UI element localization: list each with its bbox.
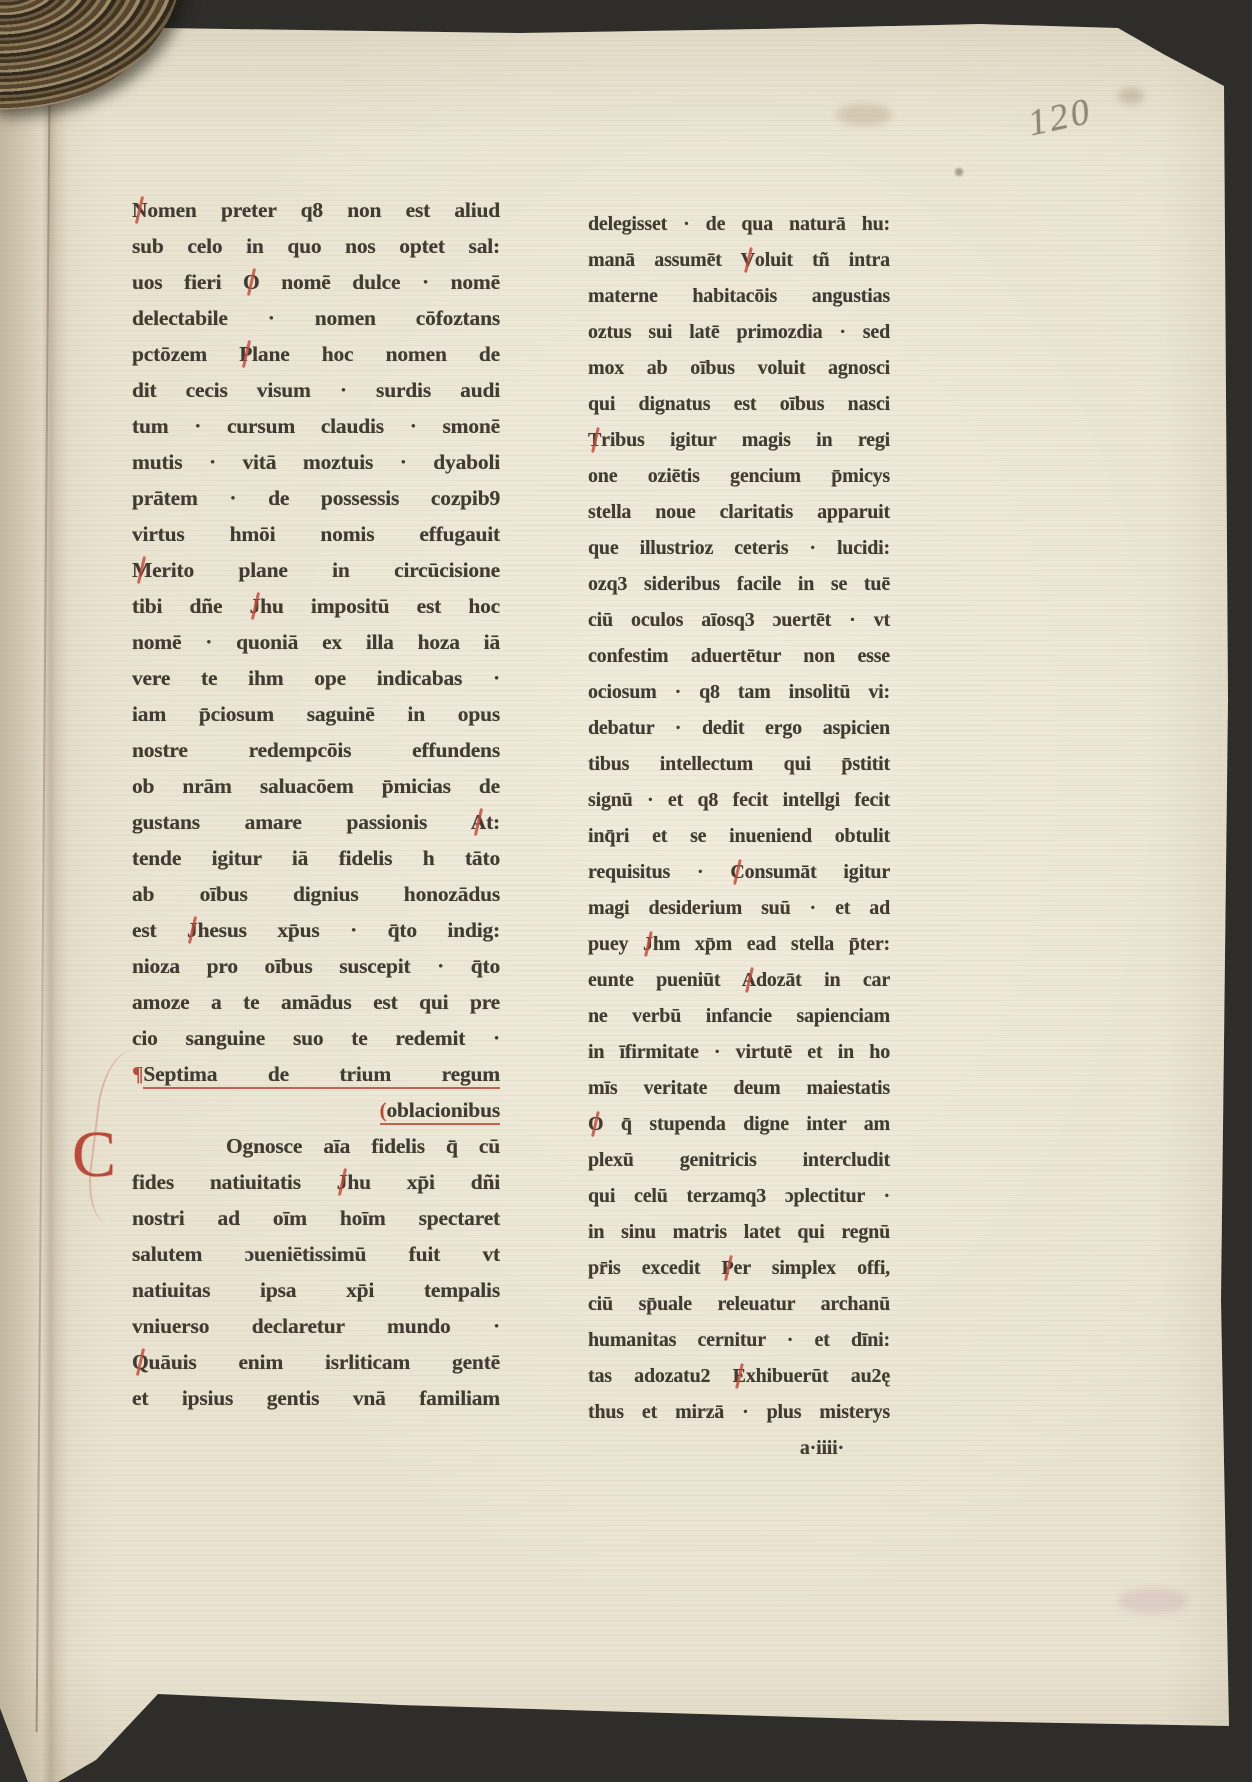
text-run: est [132, 918, 187, 942]
text-run: que illustrioz ceteris · lucidi: [588, 537, 890, 559]
text-line: uos fieri O nomē dulce · nomē [132, 264, 500, 300]
text-run: ozq3 sideribus facile in se tuē [588, 573, 890, 595]
stain [836, 104, 892, 126]
photo-backdrop: { "annotations":{ "page_number":"120" },… [0, 0, 1252, 1782]
text-run: thus et mirzā · plus misterys [588, 1401, 890, 1423]
stain [955, 168, 963, 176]
text-line: a·iiii· [588, 1430, 890, 1466]
text-run: hesus xp̄us · q̄to indig: [198, 918, 500, 942]
text-run: t: [486, 810, 500, 834]
text-line: virtus hmōi nomis effugauit [132, 516, 500, 552]
text-run: nioza pro oībus suscepit · q̄to [132, 954, 500, 978]
text-run: vniuerso declaretur mundo · [132, 1314, 500, 1338]
text-run: hu impositū est hoc [260, 594, 500, 618]
text-run: hm xp̄m ead stella p̄ter: [653, 933, 890, 955]
text-run: onsumāt igitur [745, 861, 890, 883]
text-line: sub celo in quo nos optet sal: [132, 228, 500, 264]
text-run: ne verbū infancie sapienciam [588, 1005, 890, 1027]
text-line: vere te ihm ope indicabas · [132, 660, 500, 696]
text-line: ob nrām saluacōem p̄micias de [132, 768, 500, 804]
text-line: thus et mirzā · plus misterys [588, 1394, 890, 1430]
text-run: fides natiuitatis [132, 1170, 337, 1194]
text-line: confestim aduertētur non esse [588, 638, 890, 674]
text-run: pr̄is excedit [588, 1257, 722, 1279]
text-run: qui dignatus est oībus nasci [588, 393, 890, 415]
text-run: debatur · dedit ergo aspicien [588, 717, 890, 739]
text-run: xhibuerūt au2ę [746, 1365, 890, 1387]
text-run: materne habitacōis angustias [588, 285, 890, 307]
text-line: salutem ɔueniētissimū fuit vt [132, 1236, 500, 1272]
text-line: cio sanguine suo te redemit · [132, 1020, 500, 1056]
text-run: vere te ihm ope indicabas · [132, 666, 500, 690]
text-line: ne verbū infancie sapienciam [588, 998, 890, 1034]
text-line: eunte pueniūt Adozāt in car [588, 962, 890, 998]
text-run: oztus sui latē primozdia · sed [588, 321, 890, 343]
text-line: pr̄is excedit Per simplex offi, [588, 1250, 890, 1286]
rubricated-letter: Q [132, 1350, 149, 1374]
text-run: Ognosce aīa fidelis q̄ cū [226, 1134, 500, 1158]
text-line: stella noue claritatis apparuit [588, 494, 890, 530]
text-run: ociosum · q8 tam insolitū vi: [588, 681, 890, 703]
page-number-annotation: 120 [1024, 90, 1096, 145]
rubricated-letter: O [588, 1113, 603, 1135]
text-run: salutem ɔueniētissimū fuit vt [132, 1242, 500, 1266]
text-run: dit cecis visum · surdis audi [132, 378, 500, 402]
text-run: oluit tñ intra [755, 249, 890, 271]
text-run: nostri ad oīm hoīm spectaret [132, 1206, 500, 1230]
text-run: stella noue claritatis apparuit [588, 501, 890, 523]
stain [1118, 1588, 1188, 1614]
rubricated-letter: J [250, 594, 261, 618]
text-run: delectabile · nomen cōfoztans [132, 306, 500, 330]
text-line: est Jhesus xp̄us · q̄to indig: [132, 912, 500, 948]
text-run: tum · cursum claudis · smonē [132, 414, 500, 438]
text-run: nomē · quoniā ex illa hoza iā [132, 630, 500, 654]
text-line: COgnosce aīa fidelis q̄ cū [132, 1128, 500, 1164]
text-run: in sinu matris latet qui regnū [588, 1221, 890, 1243]
text-line: one oziētis gencium p̄micys [588, 458, 890, 494]
text-run: magi desiderium suū · et ad [588, 897, 890, 919]
text-line: et ipsius gentis vnā familiam [132, 1380, 500, 1416]
rubric-mark: ¶ [132, 1062, 143, 1086]
text-line: ¶Septima de trium regum [132, 1056, 500, 1092]
text-line: ciū sp̄uale releuatur archanū [588, 1286, 890, 1322]
text-line: ociosum · q8 tam insolitū vi: [588, 674, 890, 710]
text-run: ciū sp̄uale releuatur archanū [588, 1293, 890, 1315]
text-run: inq̄ri et se inueniend obtulit [588, 825, 890, 847]
stain [1118, 88, 1144, 104]
text-line: in sinu matris latet qui regnū [588, 1214, 890, 1250]
text-run: puey [588, 933, 643, 955]
rubricated-letter: N [132, 198, 147, 222]
text-column-right: delegisset · de qua naturā hu:manā assum… [588, 206, 890, 1466]
text-line: tibus intellectum qui p̄stitit [588, 746, 890, 782]
text-run: ob nrām saluacōem p̄micias de [132, 774, 500, 798]
rubricated-letter: V [741, 249, 755, 271]
text-run: gustans amare passionis [132, 810, 471, 834]
rubricated-letter: M [132, 558, 152, 582]
text-run: tibi dñe [132, 594, 250, 618]
text-line: prātem · de possessis cozpib9 [132, 480, 500, 516]
text-line: nomē · quoniā ex illa hoza iā [132, 624, 500, 660]
text-line: humanitas cernitur · et dīni: [588, 1322, 890, 1358]
text-run: dozāt in car [756, 969, 890, 991]
text-line: nostri ad oīm hoīm spectaret [132, 1200, 500, 1236]
text-run: natiuitas ipsa xp̄i tempalis [132, 1278, 500, 1302]
text-line: tibi dñe Jhu impositū est hoc [132, 588, 500, 624]
text-line: oztus sui latē primozdia · sed [588, 314, 890, 350]
text-run: requisitus · [588, 861, 730, 883]
rubricated-letter: J [187, 918, 198, 942]
text-line: manā assumēt Voluit tñ intra [588, 242, 890, 278]
rubricated-letter: A [471, 810, 486, 834]
text-line: tas adozatu2 Exhibuerūt au2ę [588, 1358, 890, 1394]
text-line: vniuerso declaretur mundo · [132, 1308, 500, 1344]
rubricated-letter: oblacionibus [386, 1098, 500, 1125]
text-line: ciū oculos aīosq3 ɔuertēt · vt [588, 602, 890, 638]
text-run: amoze a te amādus est qui pre [132, 990, 500, 1014]
text-line: nostre redempcōis effundens [132, 732, 500, 768]
text-run: virtus hmōi nomis effugauit [132, 522, 500, 546]
text-line: Quāuis enim isrliticam gentē [132, 1344, 500, 1380]
rubricated-letter: P [239, 342, 252, 366]
text-line: Tribus igitur magis in regi [588, 422, 890, 458]
text-run: confestim aduertētur non esse [588, 645, 890, 667]
text-line: nioza pro oībus suscepit · q̄to [132, 948, 500, 984]
rubricated-letter: T [588, 429, 601, 451]
text-run: plexū genitricis intercludit [588, 1149, 890, 1171]
text-run: nomē dulce · nomē [260, 270, 500, 294]
text-run: eunte pueniūt [588, 969, 742, 991]
text-run: nostre redempcōis effundens [132, 738, 500, 762]
text-run: pctōzem [132, 342, 239, 366]
text-run: delegisset · de qua naturā hu: [588, 213, 890, 235]
text-run: manā assumēt [588, 249, 741, 271]
text-line: pctōzem Plane hoc nomen de [132, 336, 500, 372]
text-line: O q̄ stupenda digne inter am [588, 1106, 890, 1142]
rubricated-letter: P [722, 1257, 734, 1279]
text-line: tende igitur iā fidelis h tāto [132, 840, 500, 876]
text-run: hu xp̄i dñi [347, 1170, 500, 1194]
text-run: humanitas cernitur · et dīni: [588, 1329, 890, 1351]
text-line: (oblacionibus [132, 1092, 500, 1128]
text-line: mutis · vitā moztuis · dyaboli [132, 444, 500, 480]
text-run: sub celo in quo nos optet sal: [132, 234, 500, 258]
text-run: a·iiii· [800, 1437, 844, 1459]
rubricated-letter: Septima de trium regum [143, 1062, 500, 1089]
rubricated-letter: O [243, 270, 260, 294]
text-line: gustans amare passionis At: [132, 804, 500, 840]
text-line: debatur · dedit ergo aspicien [588, 710, 890, 746]
text-run: omen preter q8 non est aliud [147, 198, 500, 222]
text-line: Merito plane in circūcisione [132, 552, 500, 588]
text-line: mīs veritate deum maiestatis [588, 1070, 890, 1106]
text-run: in īfirmitate · virtutē et in ho [588, 1041, 890, 1063]
rubricated-letter: J [337, 1170, 348, 1194]
text-run: mox ab oībus voluit agnosci [588, 357, 890, 379]
text-column-left: Nomen preter q8 non est aliudsub celo in… [132, 192, 500, 1416]
text-line: iam p̄ciosum saguinē in opus [132, 696, 500, 732]
text-line: mox ab oībus voluit agnosci [588, 350, 890, 386]
text-line: signū · et q8 fecit intellgi fecit [588, 782, 890, 818]
text-run: ab oībus dignius honozādus [132, 882, 500, 906]
rubricated-letter: A [742, 969, 756, 991]
text-line: ozq3 sideribus facile in se tuē [588, 566, 890, 602]
rubricated-letter: E [733, 1365, 746, 1387]
text-run: lane hoc nomen de [252, 342, 500, 366]
text-line: puey Jhm xp̄m ead stella p̄ter: [588, 926, 890, 962]
text-run: qui celū terzamq3 ɔplectitur · [588, 1185, 890, 1207]
text-run: erito plane in circūcisione [152, 558, 500, 582]
text-line: qui dignatus est oībus nasci [588, 386, 890, 422]
text-run: mīs veritate deum maiestatis [588, 1077, 890, 1099]
text-run: tende igitur iā fidelis h tāto [132, 846, 500, 870]
text-run: ribus igitur magis in regi [601, 429, 890, 451]
text-run: ciū oculos aīosq3 ɔuertēt · vt [588, 609, 890, 631]
text-line: plexū genitricis intercludit [588, 1142, 890, 1178]
rubricated-letter: J [643, 933, 653, 955]
text-line: in īfirmitate · virtutē et in ho [588, 1034, 890, 1070]
text-line: qui celū terzamq3 ɔplectitur · [588, 1178, 890, 1214]
text-line: materne habitacōis angustias [588, 278, 890, 314]
text-line: dit cecis visum · surdis audi [132, 372, 500, 408]
text-run: one oziētis gencium p̄micys [588, 465, 890, 487]
text-line: delegisset · de qua naturā hu: [588, 206, 890, 242]
text-run: uos fieri [132, 270, 243, 294]
text-run: cio sanguine suo te redemit · [132, 1026, 500, 1050]
text-line: natiuitas ipsa xp̄i tempalis [132, 1272, 500, 1308]
gutter-fold-line [36, 26, 51, 1732]
text-run: tibus intellectum qui p̄stitit [588, 753, 890, 775]
text-run: uāuis enim isrliticam gentē [149, 1350, 500, 1374]
text-run: q̄ stupenda digne inter am [603, 1113, 890, 1135]
text-line: tum · cursum claudis · smonē [132, 408, 500, 444]
text-line: amoze a te amādus est qui pre [132, 984, 500, 1020]
gutter-shadow [0, 30, 110, 1782]
text-line: Nomen preter q8 non est aliud [132, 192, 500, 228]
text-line: que illustrioz ceteris · lucidi: [588, 530, 890, 566]
text-run: er simplex offi, [734, 1257, 890, 1279]
text-line: delectabile · nomen cōfoztans [132, 300, 500, 336]
text-line: magi desiderium suū · et ad [588, 890, 890, 926]
rubricated-letter: C [730, 861, 744, 883]
text-run: et ipsius gentis vnā familiam [132, 1386, 500, 1410]
text-line: inq̄ri et se inueniend obtulit [588, 818, 890, 854]
text-line: ab oībus dignius honozādus [132, 876, 500, 912]
book-page: Nomen preter q8 non est aliudsub celo in… [0, 0, 1252, 1782]
text-run: mutis · vitā moztuis · dyaboli [132, 450, 500, 474]
text-run: signū · et q8 fecit intellgi fecit [588, 789, 890, 811]
text-run: prātem · de possessis cozpib9 [132, 486, 500, 510]
text-line: fides natiuitatis Jhu xp̄i dñi [132, 1164, 500, 1200]
text-run: tas adozatu2 [588, 1365, 733, 1387]
text-run: iam p̄ciosum saguinē in opus [132, 702, 500, 726]
text-line: requisitus · Consumāt igitur [588, 854, 890, 890]
